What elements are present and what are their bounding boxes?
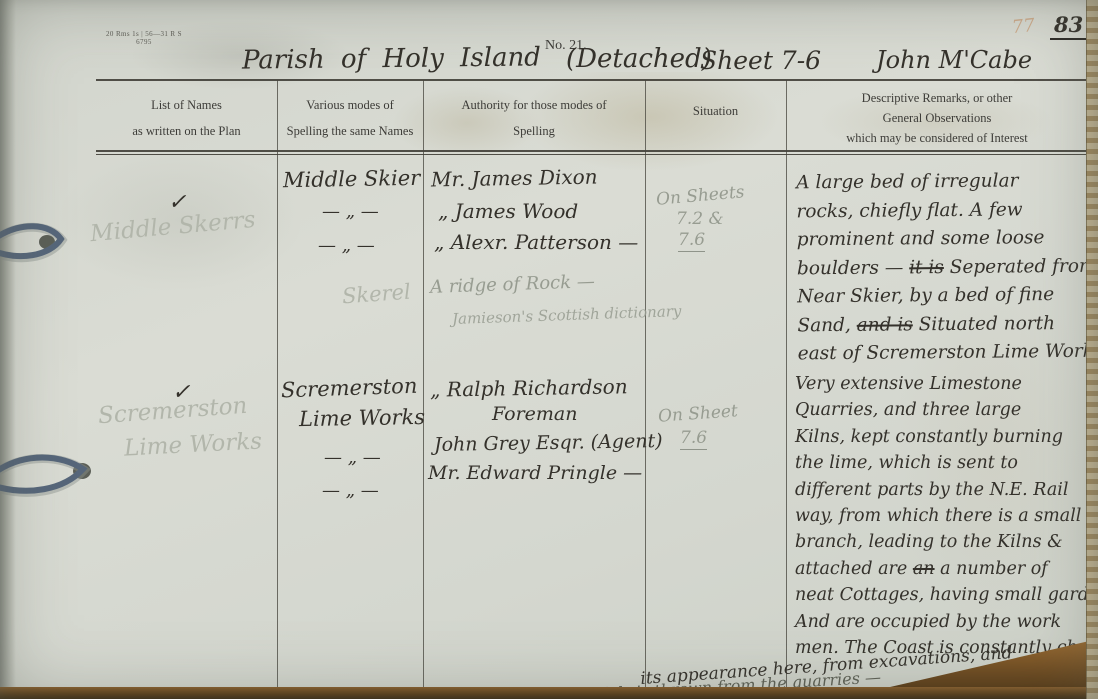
entry1-authority-1: Mr. James Dixon xyxy=(431,165,598,192)
entry1-remarks-line3: prominent and some loose xyxy=(797,224,1098,255)
entry2-ditto-1: — „ — xyxy=(324,447,381,468)
entry2-name-line1: Scremerston xyxy=(97,393,248,429)
entry1-line6-pre: Sand, xyxy=(797,314,856,336)
entry2-authority-2: John Grey Esqr. (Agent) xyxy=(434,430,663,456)
entry1-remarks-line2: rocks, chiefly flat. A few xyxy=(796,195,1098,226)
entry1-line4-pre: boulders — xyxy=(797,257,909,279)
entry1-name-on-plan: Middle Skerrs xyxy=(89,207,256,247)
entry2-remarks-line4: the lime, which is sent to xyxy=(795,450,1098,476)
page-stack-edge xyxy=(1086,0,1098,699)
column-divider-2 xyxy=(423,80,424,689)
entry2-remarks-line7: branch, leading to the Kilns & xyxy=(795,529,1098,555)
entry2-remarks-line3: Kilns, kept constantly burning xyxy=(795,424,1098,450)
entry2-authority-1b: Foreman xyxy=(492,403,578,425)
surveyor-name: John M'Cabe xyxy=(876,46,1032,74)
entry2-remarks: Very extensive Limestone Quarries, and t… xyxy=(795,371,1098,661)
entry2-line8-post: a number of xyxy=(935,559,1048,579)
page-number: 83 xyxy=(1050,12,1087,40)
entry2-situation-line1: On Sheet xyxy=(657,401,738,427)
entry2-remarks-line10: And are occupied by the work xyxy=(795,609,1098,635)
entry2-line8-struck: an xyxy=(913,559,935,579)
entry1-remarks: A large bed of irregular rocks, chiefly … xyxy=(796,167,1098,369)
entry1-situation-line3: 7.6 xyxy=(678,230,705,252)
entry1-pencil-note-2: Jamieson's Scottish dictionary xyxy=(452,302,682,328)
column-divider-1 xyxy=(277,80,278,689)
entry1-remarks-line1: A large bed of irregular xyxy=(796,167,1098,198)
entry2-remarks-line6: way, from which there is a small xyxy=(795,503,1098,529)
entry1-line4-post: Seperated from xyxy=(944,255,1097,277)
binding-string-bottom xyxy=(0,438,115,516)
header-authority-line2: Spelling xyxy=(423,118,645,144)
entry1-line6-struck: and is xyxy=(857,314,913,335)
faint-page-number: 77 xyxy=(1011,15,1036,38)
entry1-tick-mark: ✓ xyxy=(168,190,186,215)
entry1-spelling: Middle Skier xyxy=(283,166,421,192)
column-header-rule-2 xyxy=(96,154,1090,155)
column-header-remarks: Descriptive Remarks, or other General Ob… xyxy=(786,88,1088,148)
page-binding-edge xyxy=(0,0,16,699)
header-names-line2: as written on the Plan xyxy=(96,118,277,144)
detached-note: (Detached) xyxy=(566,44,712,74)
table-surface-edge xyxy=(0,687,1098,699)
entry2-ditto-2: — „ — xyxy=(322,480,379,501)
entry1-authority-3: „ Alexr. Patterson — xyxy=(434,230,638,254)
entry1-line6-post: Situated north xyxy=(913,313,1055,335)
column-header-situation: Situation xyxy=(645,104,786,119)
entry1-remarks-line6: Sand, and is Situated north xyxy=(797,309,1098,340)
binding-string-top xyxy=(0,210,95,280)
entry2-spelling-line1: Scremerston xyxy=(281,374,418,403)
entry2-line8-pre: attached are xyxy=(795,559,913,579)
entry1-ditto-2: — „ — xyxy=(318,235,375,256)
column-header-names: List of Names as written on the Plan xyxy=(96,92,277,144)
entry1-authority-2: „ James Wood xyxy=(438,199,578,223)
header-spelling-line1: Various modes of xyxy=(277,92,423,118)
entry1-situation-line1: On Sheets xyxy=(655,182,745,210)
entry1-remarks-line5: Near Skier, by a bed of fine xyxy=(797,281,1098,312)
entry1-line4-struck: it is xyxy=(909,257,944,278)
column-header-authority: Authority for those modes of Spelling xyxy=(423,92,645,144)
entry1-remarks-line7: east of Scremerston Lime Works xyxy=(798,338,1098,369)
column-divider-4 xyxy=(786,80,787,689)
header-remarks-line2: General Observations xyxy=(786,108,1088,128)
entry1-ditto-1: — „ — xyxy=(322,201,379,222)
reference-stamp: 20 Rms 1s | 56—31 R S 6795 xyxy=(106,30,182,46)
entry2-authority-1: „ Ralph Richardson xyxy=(430,374,628,401)
header-authority-line1: Authority for those modes of xyxy=(423,92,645,118)
header-rule xyxy=(96,79,1090,81)
sheet-reference: Sheet 7-6 xyxy=(700,46,821,75)
column-header-rule-1 xyxy=(96,150,1090,152)
header-situation-line1: Situation xyxy=(645,104,786,119)
header-spelling-line2: Spelling the same Names xyxy=(277,118,423,144)
entry2-remarks-line9: neat Cottages, having small gard xyxy=(795,582,1098,608)
entry2-remarks-line8: attached are an a number of xyxy=(795,556,1098,582)
entry2-name-line2: Lime Works xyxy=(123,428,262,461)
entry2-authority-3: Mr. Edward Pringle — xyxy=(428,462,642,484)
scanned-ledger-page: 20 Rms 1s | 56—31 R S 6795 No. 21. 77 83… xyxy=(0,0,1098,699)
header-remarks-line1: Descriptive Remarks, or other xyxy=(786,88,1088,108)
entry2-remarks-line5: different parts by the N.E. Rail xyxy=(795,477,1098,503)
parish-title: Parish of Holy Island xyxy=(242,42,541,75)
entry1-situation-line2: 7.2 & xyxy=(676,209,724,229)
entry1-remarks-line4: boulders — it is Seperated from xyxy=(797,252,1098,283)
header-remarks-line3: which may be considered of Interest xyxy=(786,128,1088,148)
column-divider-3 xyxy=(645,80,646,689)
entry1-pencil-note-1: A ridge of Rock — xyxy=(430,271,595,298)
stamp-line1: 20 Rms 1s | 56—31 R S xyxy=(106,30,182,38)
entry2-remarks-line2: Quarries, and three large xyxy=(795,397,1098,423)
entry2-situation-line2: 7.6 xyxy=(680,428,707,450)
entry2-spelling-line2: Lime Works xyxy=(299,405,425,431)
column-header-spelling-modes: Various modes of Spelling the same Names xyxy=(277,92,423,144)
entry2-remarks-line1: Very extensive Limestone xyxy=(795,371,1098,397)
entry1-spelling-pencil: Skerel xyxy=(341,280,411,309)
header-names-line1: List of Names xyxy=(96,92,277,118)
stamp-line2: 6795 xyxy=(106,38,182,46)
